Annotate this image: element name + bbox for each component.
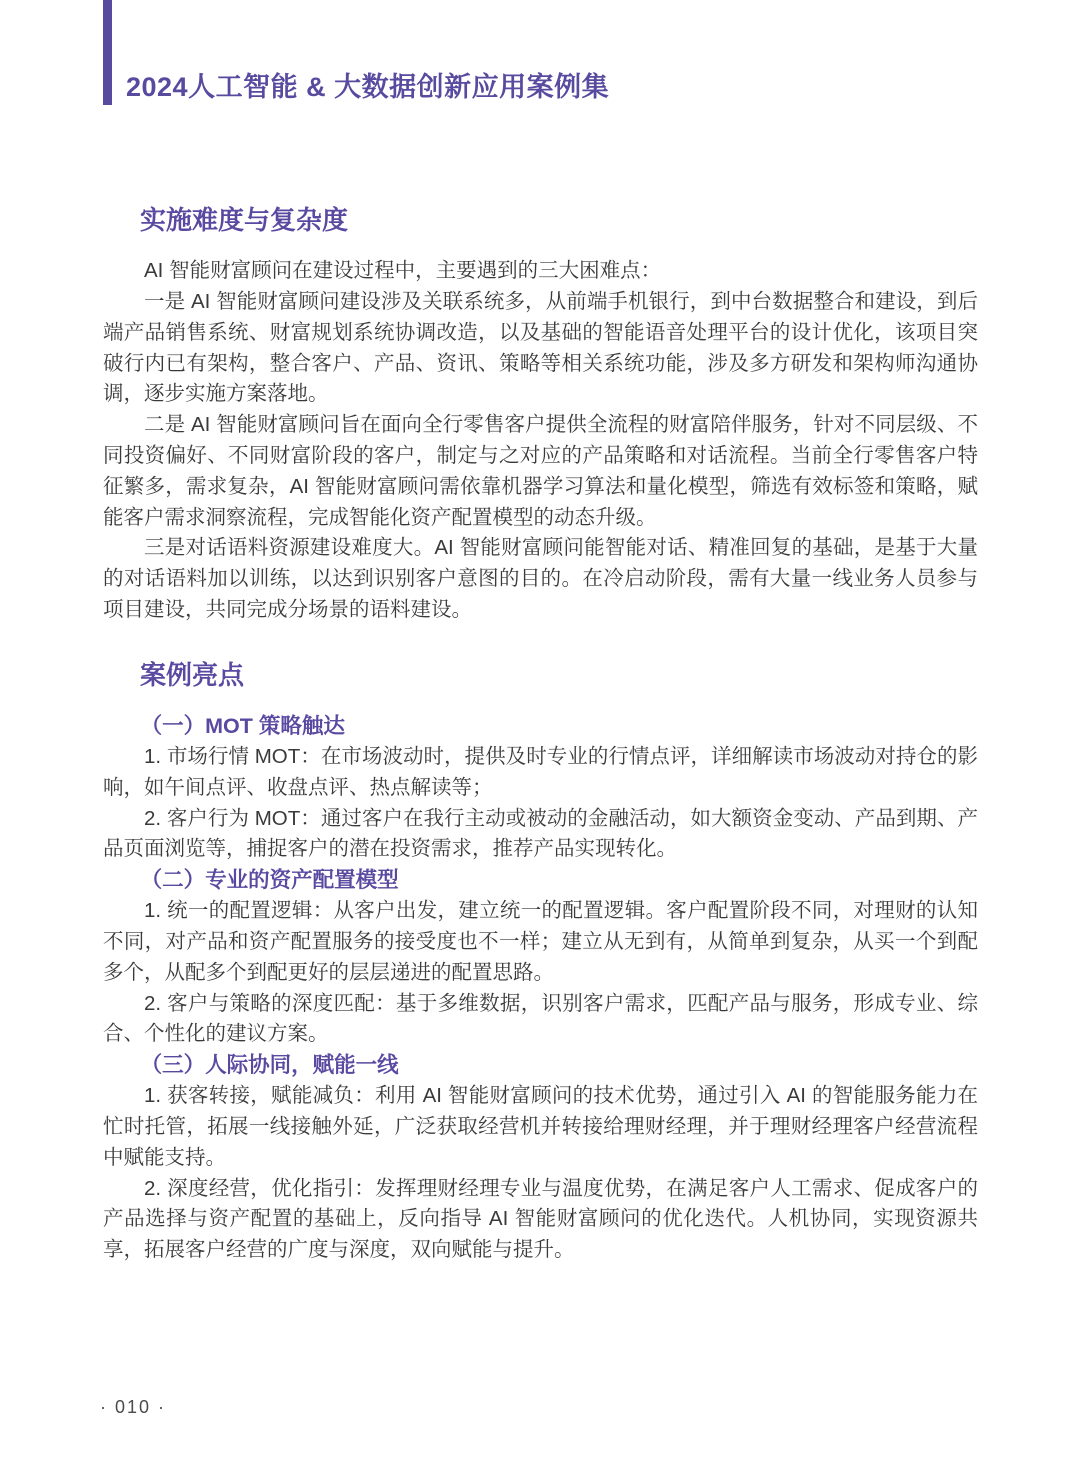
paragraph-collaboration-1: 1. 获客转接，赋能减负：利用 AI 智能财富顾问的技术优势，通过引入 AI 的… <box>103 1081 978 1173</box>
paragraph-allocation-2: 2. 客户与策略的深度匹配：基于多维数据，识别客户需求，匹配产品与服务，形成专业… <box>103 989 978 1051</box>
subsection-heading-mot-strategy: （一）MOT 策略触达 <box>103 711 978 742</box>
subsection-heading-asset-allocation-model: （二）专业的资产配置模型 <box>103 865 978 896</box>
paragraph-collaboration-2: 2. 深度经营，优化指引：发挥理财经理专业与温度优势，在满足客户人工需求、促成客… <box>103 1174 978 1266</box>
paragraph-mot-1: 1. 市场行情 MOT：在市场波动时，提供及时专业的行情点评，详细解读市场波动对… <box>103 742 978 804</box>
page-number: · 010 · <box>100 1397 166 1417</box>
paragraph-difficulty-3: 三是对话语料资源建设难度大。AI 智能财富顾问能智能对话、精准回复的基础，是基于… <box>103 533 978 625</box>
header-accent-bar <box>103 0 112 105</box>
document-title: 2024人工智能 & 大数据创新应用案例集 <box>126 73 609 105</box>
paragraph-difficulty-2: 二是 AI 智能财富顾问旨在面向全行零售客户提供全流程的财富陪伴服务，针对不同层… <box>103 410 978 533</box>
paragraph-mot-2: 2. 客户行为 MOT：通过客户在我行主动或被动的金融活动，如大额资金变动、产品… <box>103 804 978 866</box>
section-title-case-highlights: 案例亮点 <box>103 660 978 691</box>
page-footer: · 010 · <box>100 1397 166 1418</box>
page-content: 实施难度与复杂度 AI 智能财富顾问在建设过程中，主要遇到的三大困难点： 一是 … <box>103 205 978 1266</box>
paragraph-allocation-1: 1. 统一的配置逻辑：从客户出发，建立统一的配置逻辑。客户配置阶段不同，对理财的… <box>103 896 978 988</box>
paragraph-intro: AI 智能财富顾问在建设过程中，主要遇到的三大困难点： <box>103 256 978 287</box>
paragraph-difficulty-1: 一是 AI 智能财富顾问建设涉及关联系统多，从前端手机银行，到中台数据整合和建设… <box>103 287 978 410</box>
section-title-implementation-difficulty: 实施难度与复杂度 <box>103 205 978 236</box>
subsection-heading-human-ai-collaboration: （三）人际协同，赋能一线 <box>103 1050 978 1081</box>
page-header: 2024人工智能 & 大数据创新应用案例集 <box>0 0 1080 105</box>
document-page: 2024人工智能 & 大数据创新应用案例集 实施难度与复杂度 AI 智能财富顾问… <box>0 0 1080 1466</box>
